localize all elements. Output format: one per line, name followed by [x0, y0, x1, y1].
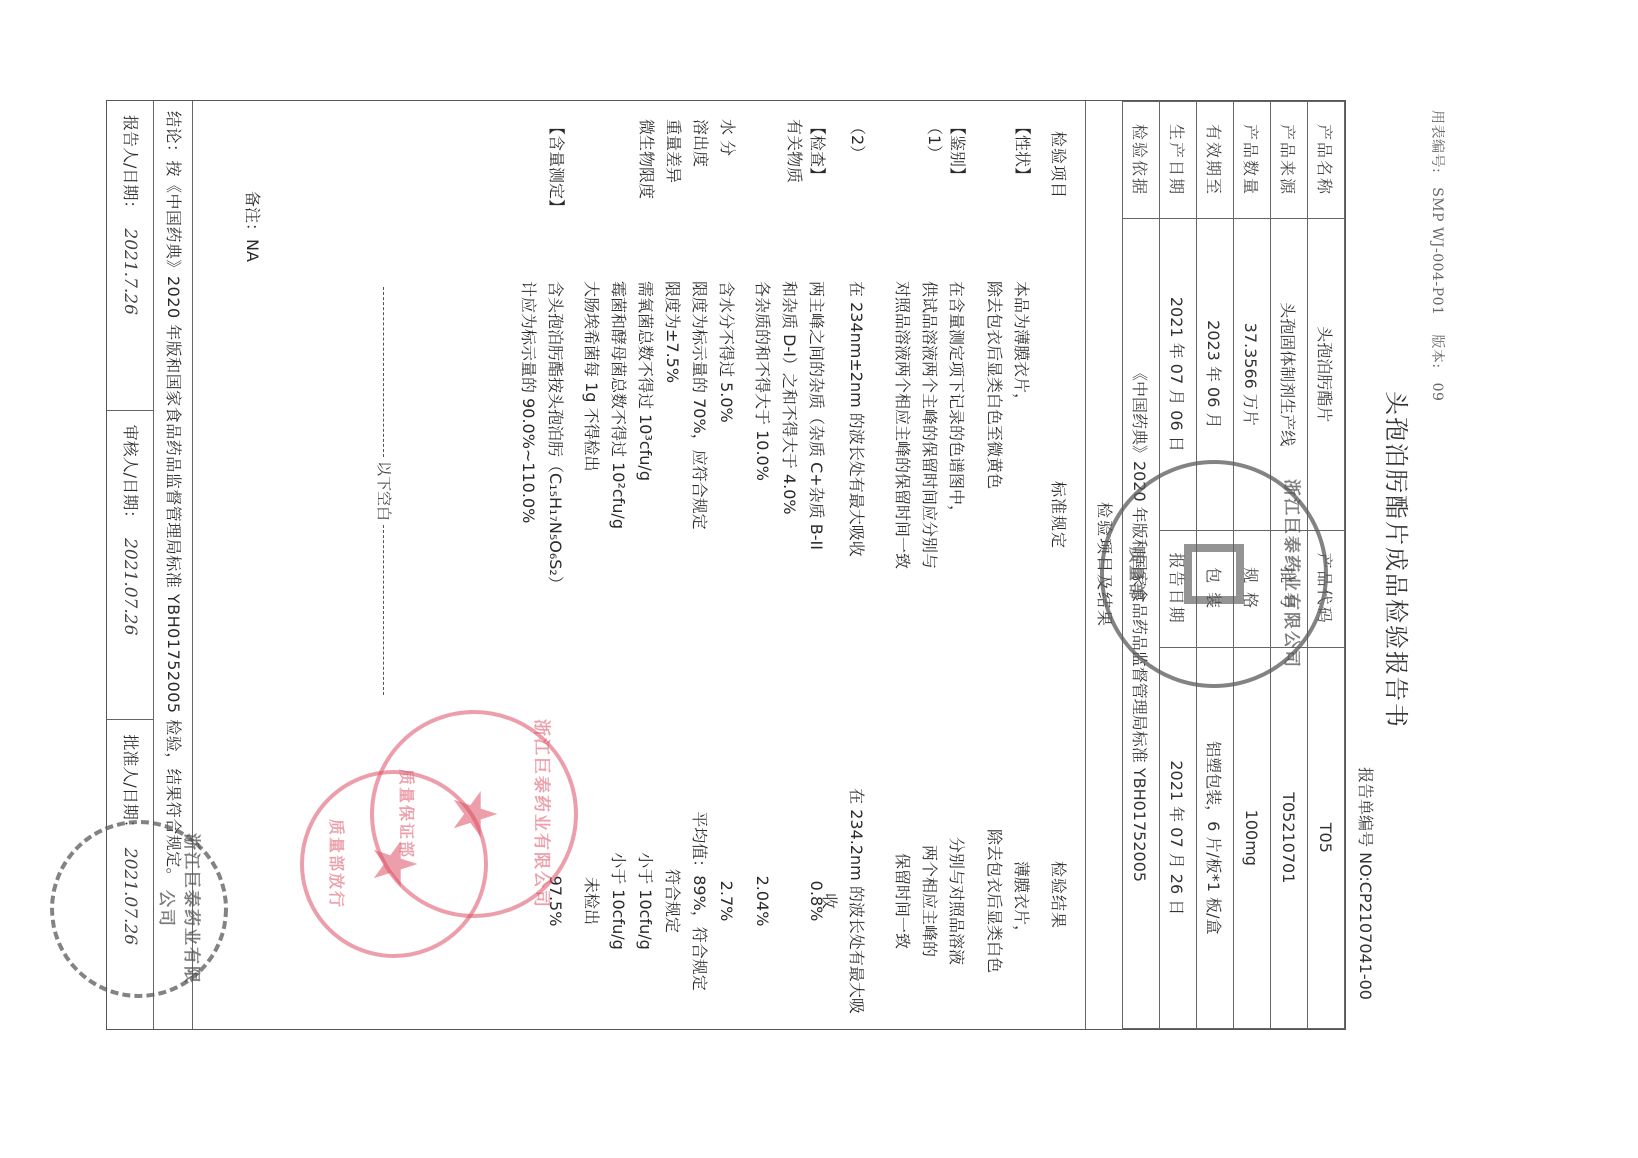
info-label: 产品名称	[1308, 102, 1345, 219]
signatures: 报告人/日期：2021.7.26 审核人/日期：2021.07.26 批准人/日…	[107, 101, 153, 1029]
test-result: 薄膜衣片， 除去包衣后显类白色	[981, 781, 1035, 1021]
info-value: 头孢泊肟酯片	[1308, 219, 1345, 531]
info-value: 100mg	[1234, 647, 1271, 1028]
info-row: 生产日期2021 年 07 月 06 日报告日期2021 年 07 月 26 日	[1160, 102, 1197, 1029]
test-standard: 在 234nm±2nm 的波长处有最大吸收	[843, 281, 870, 761]
test-item: 水 分	[717, 119, 740, 259]
approver-signature: 批准人/日期：2021.07.26	[107, 720, 153, 1029]
reporter-label: 报告人/日期：	[121, 115, 140, 216]
blank-text: 以下空白	[375, 461, 393, 521]
info-label: 产品数量	[1234, 102, 1271, 219]
col-standard-header: 标准规定	[1048, 481, 1071, 549]
report-frame: 产品名称头孢泊肟酯片产品代码T05产品来源头孢固体制剂生产线批 号T052107…	[106, 100, 1346, 1030]
info-label: 有效期至	[1197, 102, 1234, 219]
test-standard: 在含量测定项下记录的色谱图中， 供试品溶液两个主峰的保留时间应分别与 对照品溶液…	[889, 281, 970, 761]
info-row: 有效期至2023 年 06 月包 装铝塑包装，6 片/板*1 板/盒	[1197, 102, 1234, 1029]
form-number: 用表编号:SMP WJ-004-P01 版本:09	[1428, 110, 1448, 415]
test-standard: 需氧菌总数不得过 10³cfu/g 霉菌和酵母菌总数不得过 10²cfu/g 大…	[578, 281, 659, 761]
test-standard: 限度为±7.5%	[659, 281, 686, 761]
info-value: T05210701	[1271, 647, 1308, 1028]
col-item-header: 检验项目	[1048, 131, 1071, 199]
info-label: 产品代码	[1308, 530, 1345, 647]
test-item: 微生物限度	[636, 119, 659, 259]
version-label: 版本:	[1429, 334, 1445, 368]
test-standard: 含头孢泊肟酯按头孢泊肟（C₁₅H₁₇N₅O₆S₂） 计应为标示量的 90.0%~…	[515, 281, 569, 761]
test-item: 重量差异	[663, 119, 686, 259]
basis-label: 检验依据	[1123, 102, 1160, 219]
footer: 结论：按《中国药典》2020 年版和国家食品药品监督管理局标准 YBH01752…	[107, 101, 193, 1029]
report-title: 头孢泊肟酯片成品检验报告书	[1381, 60, 1416, 1060]
blank-below-marker: 以下空白	[374, 281, 395, 701]
approver-label: 批准人/日期：	[121, 734, 140, 835]
report-number: 报告单编号 NO:CP2107041-00	[1355, 767, 1378, 1000]
reporter-signature: 报告人/日期：2021.7.26	[107, 101, 153, 411]
reviewer-signature: 审核人/日期：2021.07.26	[107, 411, 153, 721]
test-result: 0.8% 2.04%	[749, 781, 830, 1021]
test-standard: 含水分不得过 5.0%	[713, 281, 740, 761]
info-label: 包 装	[1197, 530, 1234, 647]
info-value: T05	[1308, 647, 1345, 1028]
test-item: 【检查】 有关物质	[784, 119, 830, 259]
test-item: （2）	[847, 119, 870, 259]
info-label: 产品来源	[1271, 102, 1308, 219]
reporter-handwriting: 2021.7.26	[120, 228, 140, 315]
info-value: 2023 年 06 月	[1197, 219, 1234, 531]
col-result-header: 检验结果	[1048, 861, 1071, 929]
approver-handwriting: 2021.07.26	[120, 848, 140, 945]
info-row: 产品数量37.3566 万片规 格100mg	[1234, 102, 1271, 1029]
test-item: 【鉴别】 （1）	[924, 119, 970, 259]
test-item: 【性状】	[1012, 119, 1035, 259]
test-result: 平均值：89%，符合规定	[686, 781, 713, 1021]
test-result: 分别与对照品溶液 两个相应主峰的 保留时间一致	[889, 781, 970, 1021]
section-title: 检验项目及结果	[1085, 101, 1122, 1029]
version-value: 09	[1429, 383, 1445, 402]
info-label: 规 格	[1234, 530, 1271, 647]
info-label: 批 号	[1271, 530, 1308, 647]
form-no-label: 用表编号:	[1429, 110, 1445, 173]
test-item: 【含量测定】	[546, 119, 569, 259]
conclusion: 结论：按《中国药典》2020 年版和国家食品药品监督管理局标准 YBH01752…	[153, 101, 193, 1029]
test-standard: 本品为薄膜衣片， 除去包衣后显类白色至微黄色	[981, 281, 1035, 761]
basis-value: 《中国药典》2020 年版和国家食品药品监督管理局标准 YBH01752005	[1123, 219, 1160, 1029]
test-result: 97.5%	[542, 781, 569, 1021]
test-result: 符合规定	[659, 781, 686, 1021]
info-value: 头孢固体制剂生产线	[1271, 219, 1308, 531]
reviewer-label: 审核人/日期：	[121, 425, 140, 526]
reviewer-handwriting: 2021.07.26	[120, 538, 140, 635]
info-value: 2021 年 07 月 26 日	[1160, 647, 1197, 1028]
test-result: 2.7%	[713, 781, 740, 1021]
info-label: 报告日期	[1160, 530, 1197, 647]
product-info-table: 产品名称头孢泊肟酯片产品代码T05产品来源头孢固体制剂生产线批 号T052107…	[1122, 101, 1345, 1029]
report-page: 用表编号:SMP WJ-004-P01 版本:09 头孢泊肟酯片成品检验报告书 …	[58, 60, 1478, 1060]
info-row: 产品名称头孢泊肟酯片产品代码T05	[1308, 102, 1345, 1029]
test-standard: 限度为标示量的 70%，应符合规定	[686, 281, 713, 761]
info-value: 2021 年 07 月 06 日	[1160, 219, 1197, 531]
info-value: 铝塑包装，6 片/板*1 板/盒	[1197, 647, 1234, 1028]
info-label: 生产日期	[1160, 102, 1197, 219]
test-results: 检验项目 标准规定 检验结果 【性状】本品为薄膜衣片， 除去包衣后显类白色至微黄…	[205, 101, 1085, 1029]
info-row: 产品来源头孢固体制剂生产线批 号T05210701	[1271, 102, 1308, 1029]
test-standard: 两主峰之间的杂质（杂质 C+杂质 B-II 和杂质 D-I）之和不得大于 4.0…	[749, 281, 830, 761]
test-result: 小于 10cfu/g 小于 10cfu/g 未检出	[578, 781, 659, 1021]
remark: 备注：NA	[242, 191, 265, 262]
test-item: 溶出度	[690, 119, 713, 259]
form-no-value: SMP WJ-004-P01	[1429, 187, 1445, 315]
info-value: 37.3566 万片	[1234, 219, 1271, 531]
